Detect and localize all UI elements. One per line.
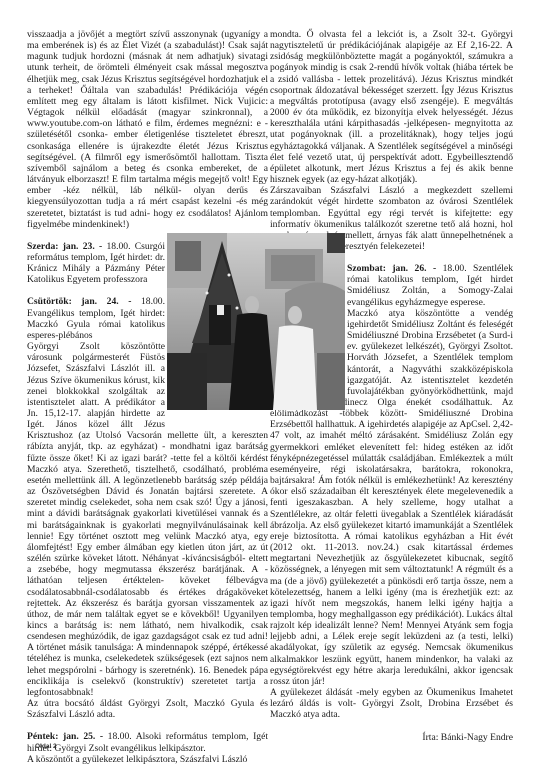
saturday-heading: Szombat: jan. 26. - [347, 263, 436, 274]
page-number: Oldal 2 [35, 743, 57, 750]
friday-section: Péntek: jan. 25. - 18.00. Alsoki reformá… [27, 731, 268, 753]
saturday-blessing: A gyülekezet áldását -mely egyben az Öku… [270, 687, 513, 720]
wednesday-heading: Szerda: jan. 23. - [27, 241, 102, 252]
church-photo [167, 233, 345, 410]
thursday-blessing: Az útra bocsátó áldást Györgyi Zsolt, Ma… [27, 698, 268, 720]
thursday-heading: Csütörtök: jan. 24. - [27, 296, 131, 307]
church-interior-image [167, 233, 345, 410]
left-intro-paragraph: visszaadja a jövőjét a megtört szívű ass… [27, 29, 268, 230]
author-signature: Írta: Bánki-Nagy Endre [270, 732, 513, 743]
right-intro-paragraph: mondta. Ő olvasta fel a lekciót is, a Zs… [270, 29, 513, 185]
friday-heading: Péntek: jan. 25. - [27, 731, 103, 742]
friday-body: A köszöntőt a gyülekezet lelkipásztora, … [27, 754, 268, 765]
newspaper-page: visszaadja a jövőjét a megtört szívű ass… [0, 0, 541, 768]
